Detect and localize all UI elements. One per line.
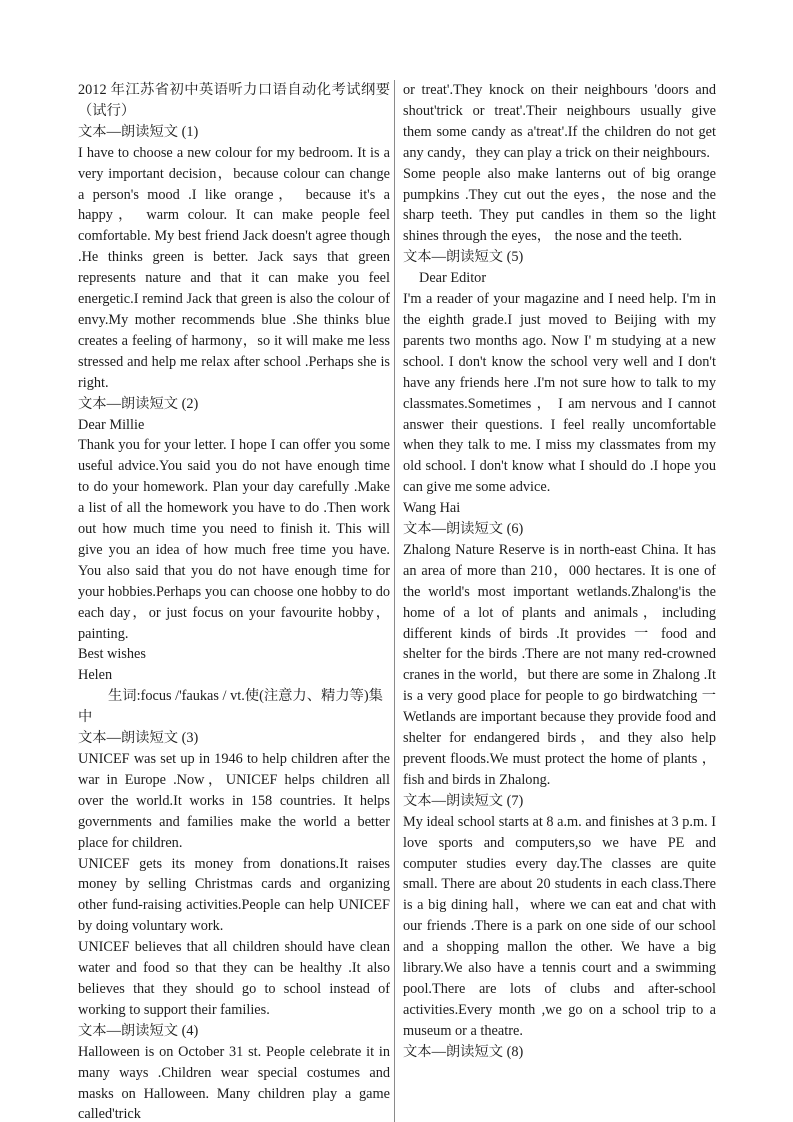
paragraph: Thank you for your letter. I hope I can … bbox=[78, 435, 390, 644]
paragraph: Best wishes bbox=[78, 644, 390, 665]
text-columns: 2012 年江苏省初中英语听力口语自动化考试纲要（试行）文本—朗读短文 (1)I… bbox=[78, 80, 716, 1122]
paragraph: or treat'.They knock on their neighbours… bbox=[403, 80, 716, 164]
paragraph: Wang Hai bbox=[403, 498, 716, 519]
paragraph: Dear Millie bbox=[78, 415, 390, 436]
section-heading: 文本—朗读短文 (7) bbox=[403, 791, 716, 812]
paragraph: My ideal school starts at 8 a.m. and fin… bbox=[403, 812, 716, 1042]
paragraph: UNICEF gets its money from donations.It … bbox=[78, 854, 390, 938]
right-column: or treat'.They knock on their neighbours… bbox=[403, 80, 716, 1122]
section-heading: 文本—朗读短文 (3) bbox=[78, 728, 390, 749]
section-heading: 文本—朗读短文 (5) bbox=[403, 247, 716, 268]
paragraph: UNICEF believes that all children should… bbox=[78, 937, 390, 1021]
paragraph: Dear Editor bbox=[403, 268, 716, 289]
section-heading: 文本—朗读短文 (6) bbox=[403, 519, 716, 540]
section-heading: 文本—朗读短文 (8) bbox=[403, 1042, 716, 1063]
column-divider bbox=[394, 80, 395, 1122]
document-title: 2012 年江苏省初中英语听力口语自动化考试纲要（试行） bbox=[78, 80, 390, 122]
section-heading: 文本—朗读短文 (1) bbox=[78, 122, 390, 143]
paragraph: 生词:focus /'faukas / vt.使(注意力、精力等)集中 bbox=[78, 686, 390, 728]
section-heading: 文本—朗读短文 (2) bbox=[78, 394, 390, 415]
paragraph: Some people also make lanterns out of bi… bbox=[403, 164, 716, 248]
paragraph: UNICEF was set up in 1946 to help childr… bbox=[78, 749, 390, 854]
paragraph: Zhalong Nature Reserve is in north-east … bbox=[403, 540, 716, 791]
document-page: 2012 年江苏省初中英语听力口语自动化考试纲要（试行）文本—朗读短文 (1)I… bbox=[0, 0, 793, 1122]
left-column: 2012 年江苏省初中英语听力口语自动化考试纲要（试行）文本—朗读短文 (1)I… bbox=[78, 80, 390, 1122]
paragraph: I have to choose a new colour for my bed… bbox=[78, 143, 390, 394]
section-heading: 文本—朗读短文 (4) bbox=[78, 1021, 390, 1042]
paragraph: Halloween is on October 31 st. People ce… bbox=[78, 1042, 390, 1122]
paragraph: I'm a reader of your magazine and I need… bbox=[403, 289, 716, 498]
paragraph: Helen bbox=[78, 665, 390, 686]
